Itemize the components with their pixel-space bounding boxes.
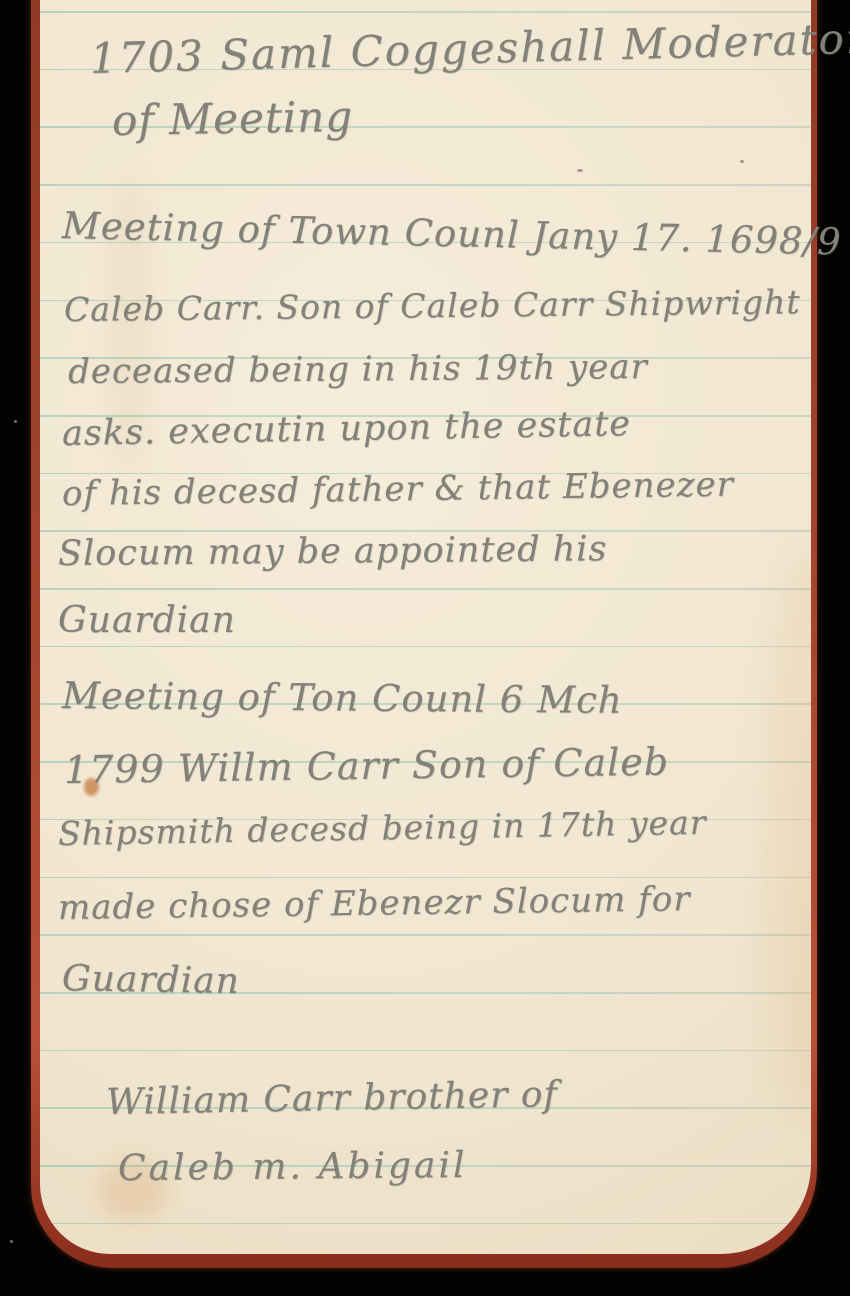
handwritten-line-10: Meeting of Ton Counl 6 Mch bbox=[62, 674, 623, 722]
dust-speck bbox=[10, 1240, 13, 1243]
photo-background: 1703 Saml Coggeshall Moderator of Meetin… bbox=[0, 0, 850, 1296]
handwritten-line-8: Slocum may be appointed his bbox=[58, 529, 608, 574]
ruled-line bbox=[40, 11, 811, 13]
handwritten-line-2: of Meeting bbox=[112, 92, 354, 145]
handwritten-line-9: Guardian bbox=[58, 600, 236, 641]
handwritten-line-16: Caleb m. Abigail bbox=[118, 1145, 468, 1189]
ruled-line bbox=[40, 646, 811, 648]
handwritten-line-11: 1799 Willm Carr Son of Caleb bbox=[64, 740, 670, 792]
handwritten-line-4: Caleb Carr. Son of Caleb Carr Shipwright bbox=[64, 282, 801, 329]
ruled-line bbox=[40, 877, 811, 879]
handwritten-line-15: William Carr brother of bbox=[106, 1074, 559, 1123]
ruled-line bbox=[40, 588, 811, 590]
ruled-line bbox=[40, 934, 811, 936]
ruled-line bbox=[40, 1223, 811, 1225]
ruled-line bbox=[40, 1050, 811, 1052]
handwritten-line-14: Guardian bbox=[62, 958, 241, 1002]
pencil-speck bbox=[740, 160, 744, 163]
dust-speck bbox=[14, 420, 17, 423]
ruled-line bbox=[40, 184, 811, 186]
handwritten-line-5: deceased being in his 19th year bbox=[68, 347, 648, 392]
pencil-speck bbox=[577, 169, 583, 172]
